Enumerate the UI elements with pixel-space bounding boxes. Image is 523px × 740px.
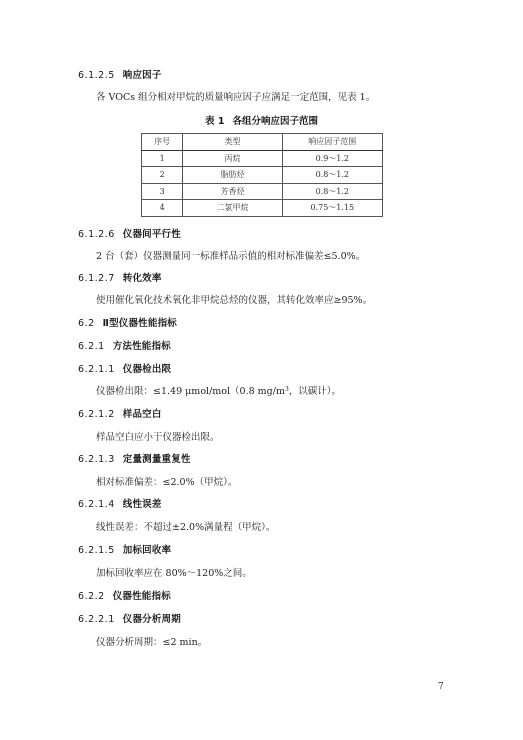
document-page: 6.1.2.5响应因子 各 VOCs 组分相对甲烷的质量响应因子应满足一定范围，… [0, 0, 523, 740]
heading-number: 6.1.2.5 [78, 70, 115, 81]
heading-6-2-1-1: 6.2.1.1仪器检出限 [78, 361, 171, 375]
heading-title: 定量测量重复性 [123, 454, 191, 465]
heading-number: 6.2.1.1 [78, 364, 115, 375]
heading-number: 6.2.1 [78, 341, 105, 352]
heading-title: Ⅱ型仪器性能指标 [103, 318, 177, 329]
column-header-type: 类型 [183, 134, 282, 151]
heading-6-1-2-7: 6.1.2.7转化效率 [78, 270, 162, 284]
heading-title: 样品空白 [123, 409, 162, 420]
paragraph-detection-limit: 仪器检出限：≤1.49 μmol/mol（0.8 mg/m3，以碳计）。 [96, 383, 341, 397]
cell-range: 0.8～1.2 [282, 167, 382, 184]
heading-title: 加标回收率 [123, 545, 172, 556]
paragraph-parallelism: 2 台（套）仪器测量同一标准样品示值的相对标准偏差≤5.0%。 [96, 248, 365, 262]
heading-title: 线性误差 [123, 499, 162, 510]
cell-range: 0.75～1.15 [282, 200, 382, 217]
heading-title: 方法性能指标 [113, 341, 171, 352]
heading-number: 6.2.1.4 [78, 499, 115, 510]
cell-type: 丙烷 [183, 150, 282, 167]
paragraph-linearity-error: 线性误差：不超过±2.0%满量程（甲烷）。 [96, 519, 275, 533]
table-row: 1 丙烷 0.9～1.2 [142, 150, 383, 167]
heading-number: 6.1.2.6 [78, 229, 115, 240]
heading-title: 响应因子 [123, 70, 162, 81]
page-number: 7 [438, 682, 444, 692]
heading-6-1-2-5: 6.1.2.5响应因子 [78, 67, 162, 81]
heading-number: 6.2.2.1 [78, 614, 115, 625]
heading-6-2-1-4: 6.2.1.4线性误差 [78, 496, 162, 510]
heading-6-2: 6.2Ⅱ型仪器性能指标 [78, 315, 177, 329]
table-row: 3 芳香烃 0.8～1.2 [142, 183, 383, 200]
table-caption-title: 各组分响应因子范围 [232, 116, 318, 127]
cell-range: 0.8～1.2 [282, 183, 382, 200]
heading-6-2-1-5: 6.2.1.5加标回收率 [78, 542, 171, 556]
cell-index: 4 [142, 200, 183, 217]
heading-title: 仪器间平行性 [123, 229, 181, 240]
heading-6-2-1-3: 6.2.1.3定量测量重复性 [78, 451, 191, 465]
heading-number: 6.2 [78, 318, 95, 329]
cell-type: 芳香烃 [183, 183, 282, 200]
column-header-index: 序号 [142, 134, 183, 151]
cell-range: 0.9～1.2 [282, 150, 382, 167]
heading-title: 仪器检出限 [123, 364, 172, 375]
paragraph-response-factor: 各 VOCs 组分相对甲烷的质量响应因子应满足一定范围，见表 1。 [96, 89, 375, 103]
response-factor-table: 序号 类型 响应因子范围 1 丙烷 0.9～1.2 2 脂肪烃 0.8～1.2 … [141, 133, 383, 217]
table-caption: 表 1各组分响应因子范围 [0, 113, 523, 127]
heading-title: 仪器分析周期 [123, 614, 181, 625]
heading-6-1-2-6: 6.1.2.6仪器间平行性 [78, 226, 181, 240]
heading-6-2-1-2: 6.2.1.2样品空白 [78, 406, 162, 420]
heading-6-2-2: 6.2.2仪器性能指标 [78, 588, 171, 602]
heading-number: 6.2.1.3 [78, 454, 115, 465]
table-row: 2 脂肪烃 0.8～1.2 [142, 167, 383, 184]
detection-limit-text: 仪器检出限：≤1.49 μmol/mol（0.8 mg/m [96, 386, 285, 397]
heading-6-2-1: 6.2.1方法性能指标 [78, 338, 171, 352]
cell-index: 3 [142, 183, 183, 200]
detection-limit-suffix: ，以碳计）。 [289, 386, 341, 397]
paragraph-spike-recovery: 加标回收率应在 80%～120%之间。 [96, 565, 252, 579]
heading-title: 仪器性能指标 [113, 591, 171, 602]
cell-index: 2 [142, 167, 183, 184]
table-caption-number: 表 1 [205, 116, 224, 127]
heading-number: 6.1.2.7 [78, 273, 115, 284]
heading-number: 6.2.2 [78, 591, 105, 602]
heading-6-2-2-1: 6.2.2.1仪器分析周期 [78, 611, 181, 625]
paragraph-sample-blank: 样品空白应小于仪器检出限。 [96, 429, 220, 443]
cell-type: 二氯甲烷 [183, 200, 282, 217]
table-row: 4 二氯甲烷 0.75～1.15 [142, 200, 383, 217]
paragraph-conversion-efficiency: 使用催化氧化技术氧化非甲烷总烃的仪器，其转化效率应≥95%。 [96, 292, 372, 306]
heading-title: 转化效率 [123, 273, 162, 284]
table-header-row: 序号 类型 响应因子范围 [142, 134, 383, 151]
heading-number: 6.2.1.5 [78, 545, 115, 556]
paragraph-analysis-cycle: 仪器分析周期：≤2 min。 [96, 634, 207, 648]
heading-number: 6.2.1.2 [78, 409, 115, 420]
paragraph-repeatability: 相对标准偏差：≤2.0%（甲烷）。 [96, 474, 237, 488]
column-header-range: 响应因子范围 [282, 134, 382, 151]
cell-type: 脂肪烃 [183, 167, 282, 184]
cell-index: 1 [142, 150, 183, 167]
